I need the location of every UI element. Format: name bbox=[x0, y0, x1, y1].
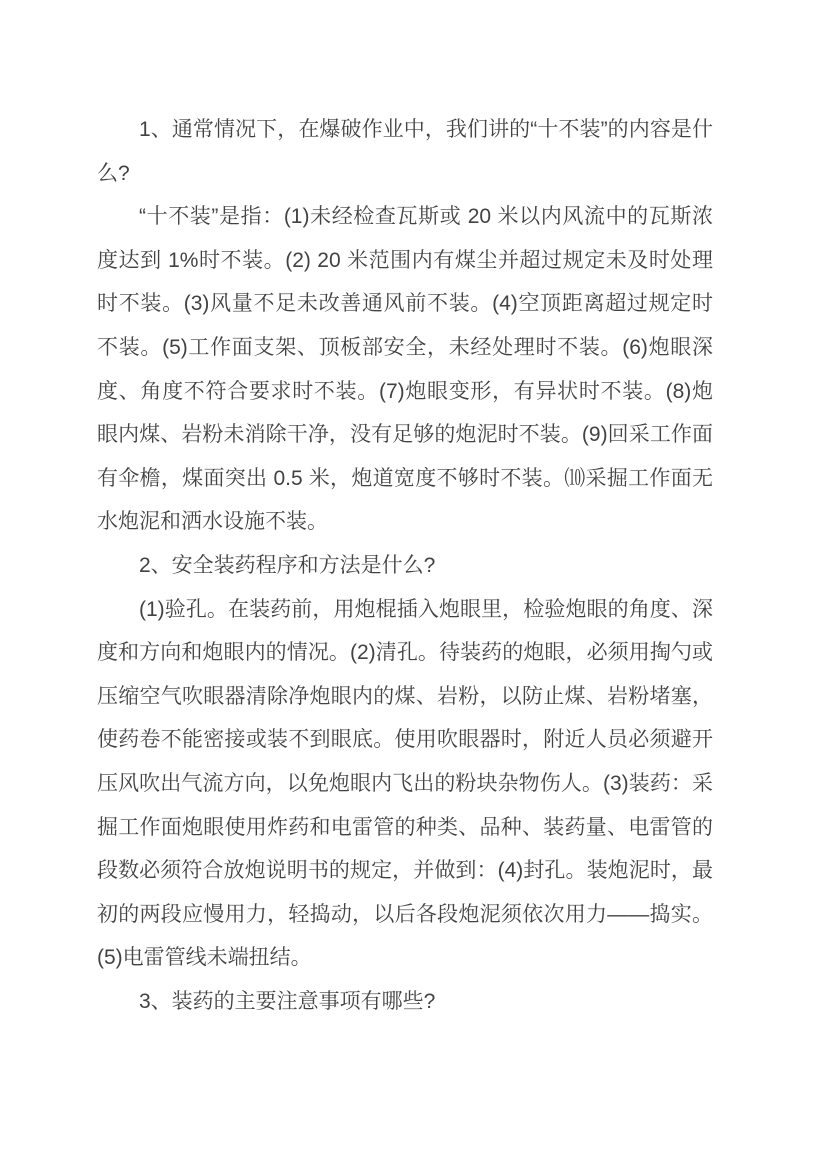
paragraph-question-3: 3、装药的主要注意事项有哪些? bbox=[97, 980, 713, 1024]
paragraph-question-2: 2、安全装药程序和方法是什么? bbox=[97, 544, 713, 588]
paragraph-question-1: 1、通常情况下，在爆破作业中，我们讲的“十不装”的内容是什么? bbox=[97, 108, 713, 195]
document-text-block: 1、通常情况下，在爆破作业中，我们讲的“十不装”的内容是什么? “十不装”是指：… bbox=[97, 108, 713, 1023]
paragraph-answer-2: (1)验孔。在装药前，用炮棍插入炮眼里，检验炮眼的角度、深度和方向和炮眼内的情况… bbox=[97, 588, 713, 980]
document-page: 1、通常情况下，在爆破作业中，我们讲的“十不装”的内容是什么? “十不装”是指：… bbox=[0, 0, 826, 1169]
paragraph-answer-1: “十不装”是指：(1)未经检查瓦斯或 20 米以内风流中的瓦斯浓度达到 1%时不… bbox=[97, 195, 713, 544]
